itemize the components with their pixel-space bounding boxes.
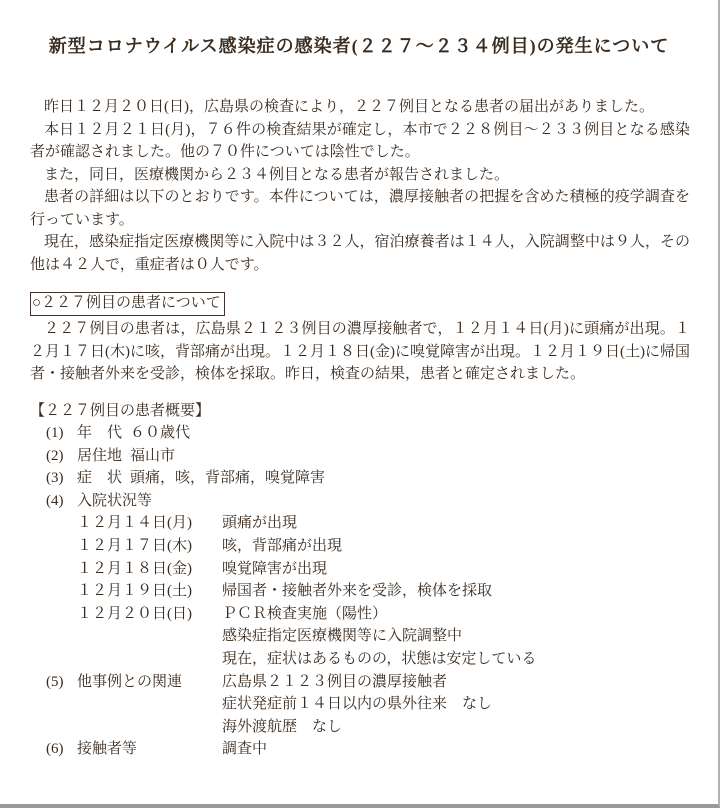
summary-row-residence: (2) 居住地 福山市 <box>30 445 690 468</box>
timeline-row: １２月１４日(月) 頭痛が出現 <box>30 512 690 535</box>
item-value: 調査中 <box>222 738 690 761</box>
timeline-date: １２月１７日(木) <box>77 535 222 558</box>
item-value: ６０歳代 <box>130 422 690 445</box>
timeline-event: 感染症指定医療機関等に入院調整中 <box>222 625 690 648</box>
case-paragraph-wrap: ２２７例目の患者は，広島県２１２３例目の濃厚接触者で，１２月１４日(月)に頭痛が… <box>30 318 690 386</box>
indent-spacer <box>30 716 222 739</box>
timeline-date: １２月１９日(土) <box>77 580 222 603</box>
item-value: 症状発症前１４日以内の県外往来 なし <box>222 693 690 716</box>
page-title: 新型コロナウイルス感染症の感染者(２２７～２３４例目)の発生について <box>0 0 718 59</box>
item-number: (5) <box>46 671 77 694</box>
item-label: 他事例との関連 <box>77 671 222 694</box>
item-number: (3) <box>46 467 77 490</box>
intro-paragraph: 昨日１２月２０日(日)，広島県の検査により，２２７例目となる患者の届出がありまし… <box>30 96 690 119</box>
case-227-section: ○２２７例目の患者について ２２７例目の患者は，広島県２１２３例目の濃厚接触者で… <box>0 292 718 386</box>
item-label: 年 代 <box>77 422 130 445</box>
summary-row-hospitalization: (4) 入院状況等 <box>30 490 690 513</box>
timeline-row: １２月１８日(金) 嗅覚障害が出現 <box>30 558 690 581</box>
summary-row-related-cases: (5) 他事例との関連 広島県２１２３例目の濃厚接触者 <box>30 671 690 694</box>
item-number: (6) <box>46 738 77 761</box>
item-number: (2) <box>46 445 77 468</box>
timeline-row: １２月１７日(木) 咳，背部痛が出現 <box>30 535 690 558</box>
timeline-row: 感染症指定医療機関等に入院調整中 <box>30 625 690 648</box>
timeline-date <box>77 625 222 648</box>
patient-summary-section: 【２２７例目の患者概要】 (1) 年 代 ６０歳代 (2) 居住地 福山市 (3… <box>30 400 690 762</box>
timeline-event: ＰＣＲ検査実施（陽性） <box>222 603 690 626</box>
item-label: 症 状 <box>77 467 130 490</box>
timeline-row: １２月２０日(日) ＰＣＲ検査実施（陽性） <box>30 603 690 626</box>
item-label: 接触者等 <box>77 738 222 761</box>
item-value: 広島県２１２３例目の濃厚接触者 <box>222 671 690 694</box>
timeline-date: １２月２０日(日) <box>77 603 222 626</box>
timeline-event: 帰国者・接触者外来を受診，検体を採取 <box>222 580 690 603</box>
summary-row-symptoms: (3) 症 状 頭痛，咳，背部痛，嗅覚障害 <box>30 467 690 490</box>
timeline-row: １２月１９日(土) 帰国者・接触者外来を受診，検体を採取 <box>30 580 690 603</box>
timeline-date: １２月１４日(月) <box>77 512 222 535</box>
timeline-date <box>77 648 222 671</box>
timeline-event: 咳，背部痛が出現 <box>222 535 690 558</box>
timeline-event: 嗅覚障害が出現 <box>222 558 690 581</box>
timeline-date: １２月１８日(金) <box>77 558 222 581</box>
indent-spacer <box>30 693 222 716</box>
item-label: 入院状況等 <box>77 490 152 513</box>
timeline-row: 現在，症状はあるものの，状態は安定している <box>30 648 690 671</box>
item-value: 福山市 <box>130 445 690 468</box>
item-label: 居住地 <box>77 445 130 468</box>
document-page: 新型コロナウイルス感染症の感染者(２２７～２３４例目)の発生について 昨日１２月… <box>0 0 720 808</box>
item-number: (1) <box>46 422 77 445</box>
summary-row-contacts: (6) 接触者等 調査中 <box>30 738 690 761</box>
intro-paragraph: 患者の詳細は以下のとおりです。本件については，濃厚接触者の把握を含めた積極的疫学… <box>30 186 690 231</box>
timeline-event: 現在，症状はあるものの，状態は安定している <box>222 648 690 671</box>
item-number: (4) <box>46 490 77 513</box>
summary-row-related-cont: 症状発症前１４日以内の県外往来 なし <box>30 693 690 716</box>
item-value: 海外渡航歴 なし <box>222 716 690 739</box>
case-section-heading-box: ○２２７例目の患者について <box>30 292 225 316</box>
summary-row-age: (1) 年 代 ６０歳代 <box>30 422 690 445</box>
intro-paragraph: また，同日，医療機関から２３４例目となる患者が報告されました。 <box>30 164 690 187</box>
intro-paragraph: 現在，感染症指定医療機関等に入院中は３２人，宿泊療養者は１４人，入院調整中は９人… <box>30 231 690 276</box>
intro-paragraph: 本日１２月２１日(月)，７６件の検査結果が確定し，本市で２２８例目～２３３例目と… <box>30 119 690 164</box>
timeline-event: 頭痛が出現 <box>222 512 690 535</box>
intro-section: 昨日１２月２０日(日)，広島県の検査により，２２７例目となる患者の届出がありまし… <box>30 96 690 276</box>
item-value: 頭痛，咳，背部痛，嗅覚障害 <box>130 467 690 490</box>
summary-row-related-cont: 海外渡航歴 なし <box>30 716 690 739</box>
case-heading-line: ○２２７例目の患者について <box>30 292 718 316</box>
summary-heading: 【２２７例目の患者概要】 <box>30 400 690 423</box>
case-paragraph: ２２７例目の患者は，広島県２１２３例目の濃厚接触者で，１２月１４日(月)に頭痛が… <box>30 318 690 386</box>
